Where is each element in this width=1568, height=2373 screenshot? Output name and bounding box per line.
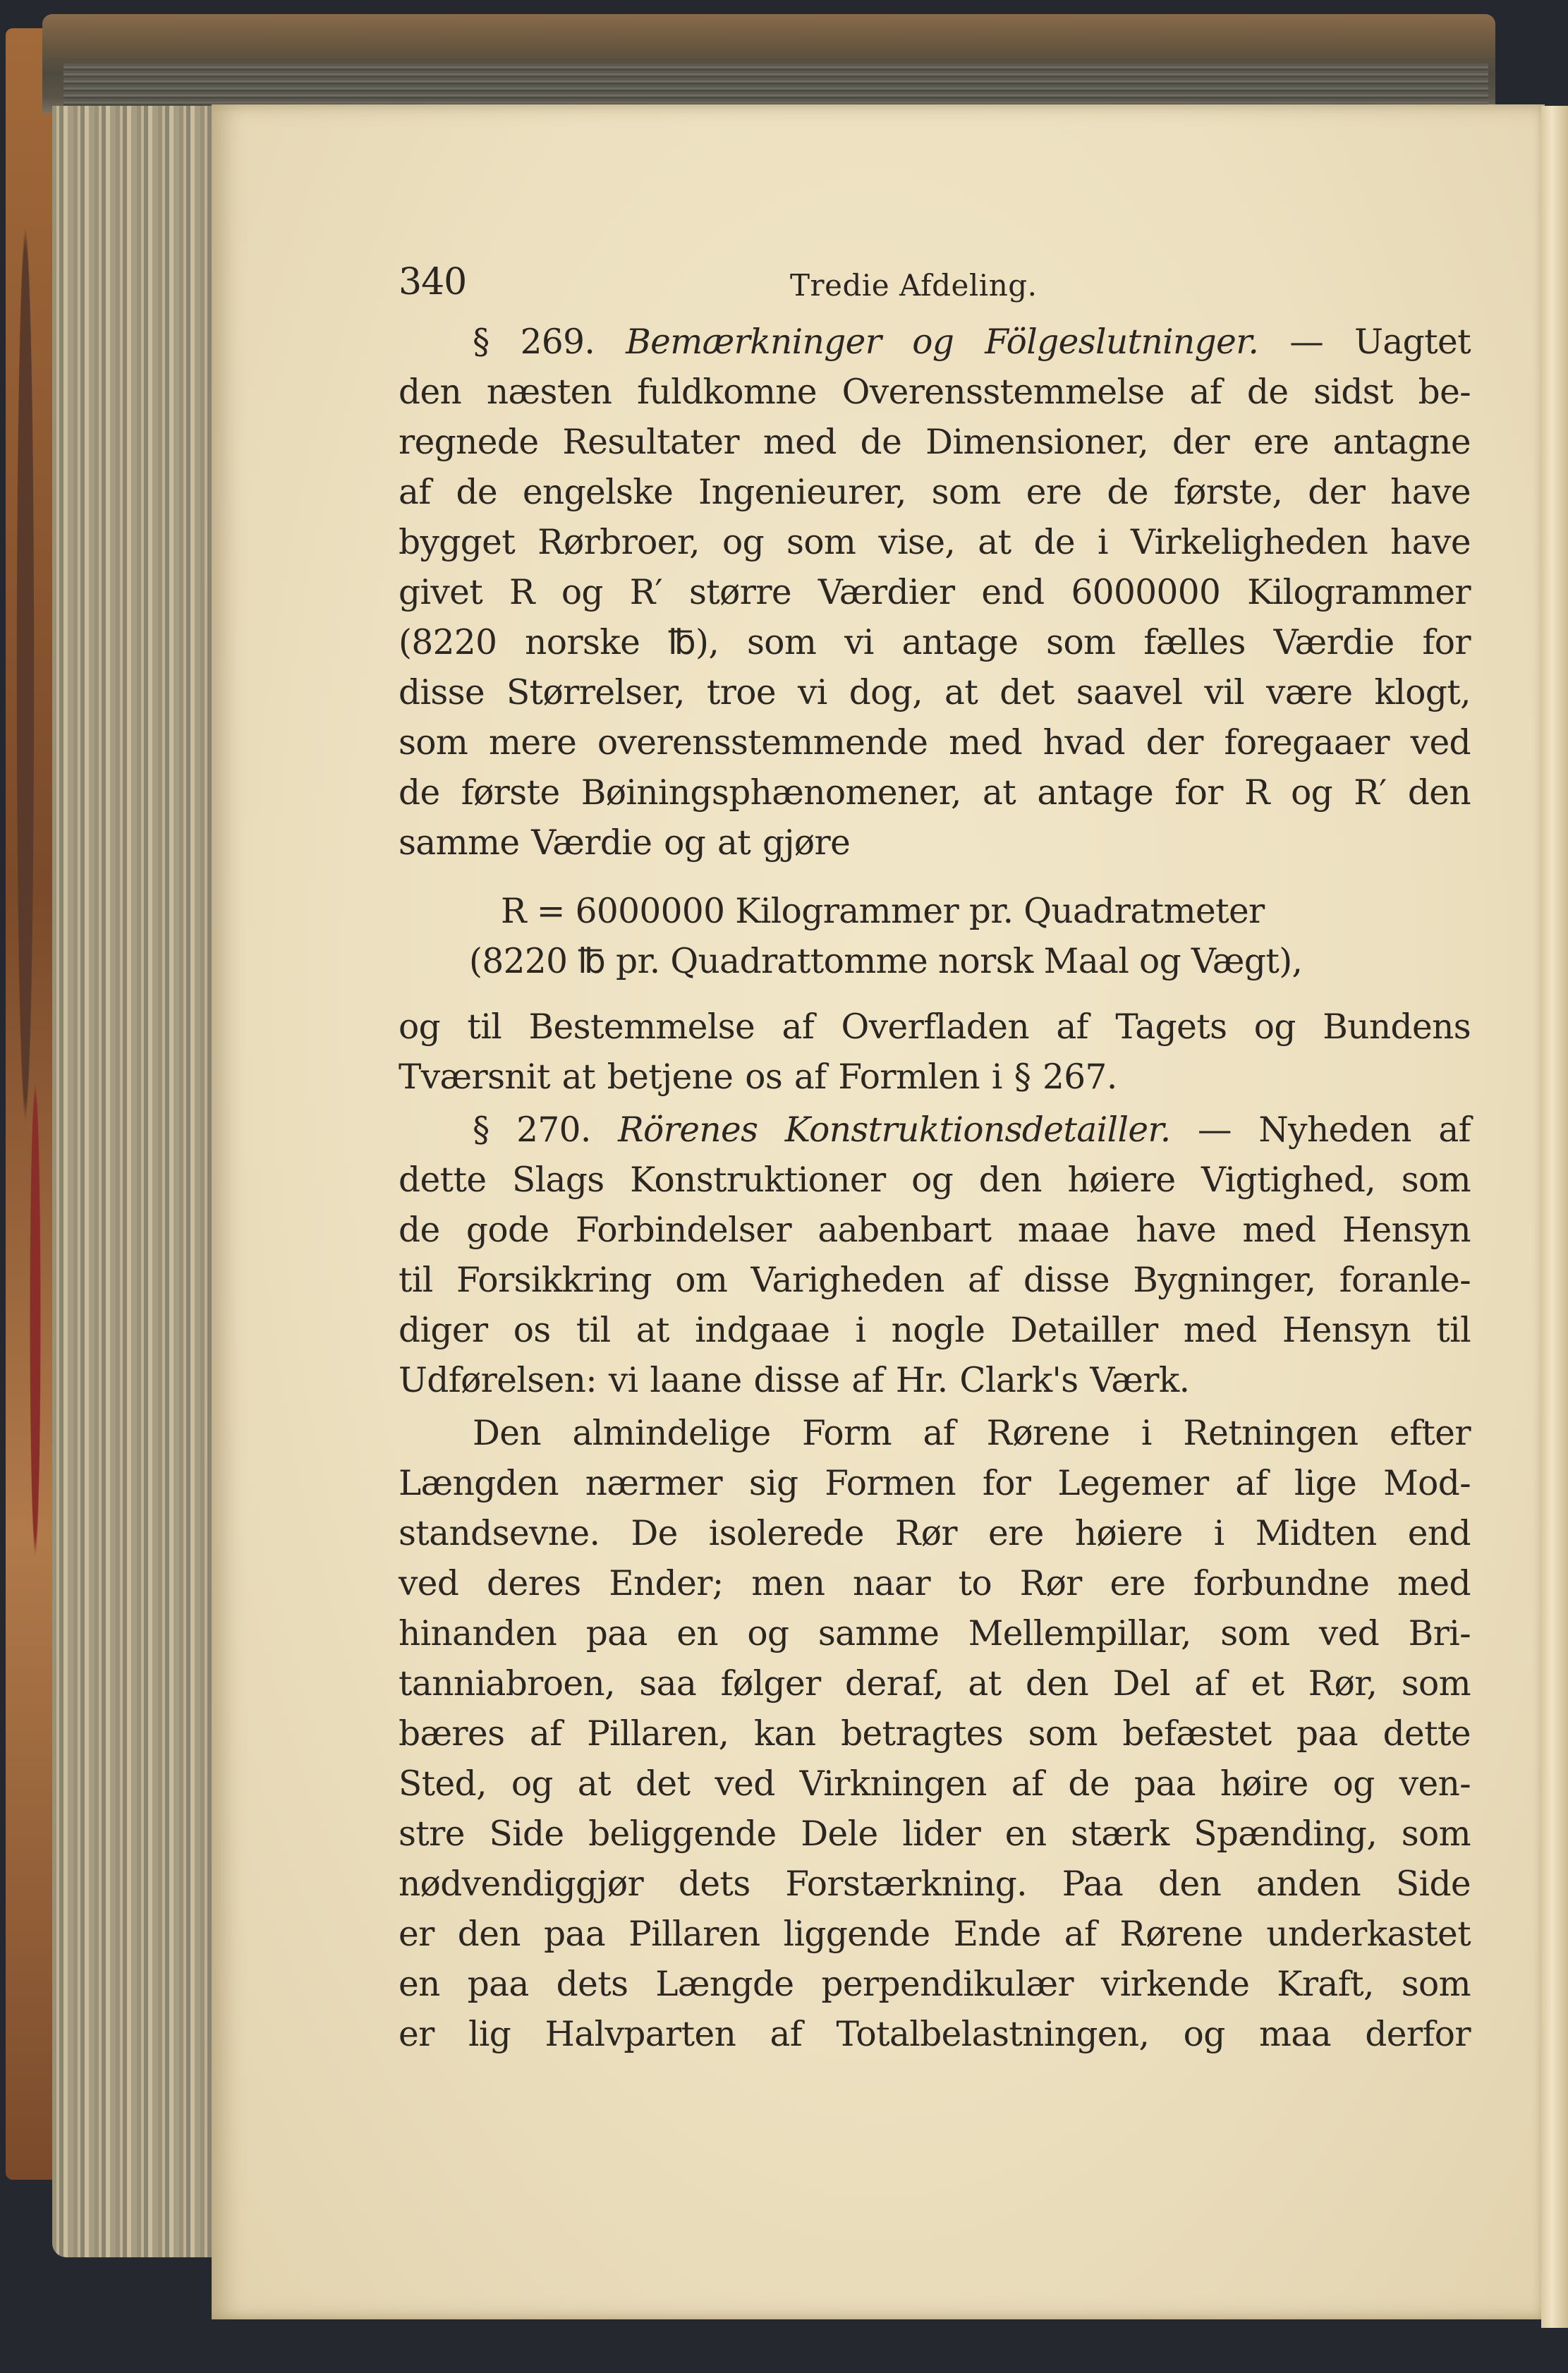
text-line: Tværsnit at betjene os af Formlen i § 26… xyxy=(399,1052,1471,1103)
stacked-page-edges xyxy=(52,106,221,2257)
text-line: Længden nærmer sig Formen for Legemer af… xyxy=(399,1459,1471,1509)
section-269: § 269. Bemærkninger og Fölgeslutninger. … xyxy=(399,317,1471,1103)
text-line: Den almindelige Form af Rørene i Retning… xyxy=(399,1409,1471,1459)
section-number: § 270. xyxy=(473,1110,591,1150)
text-line: til Forsikkring om Varigheden af disse B… xyxy=(399,1256,1471,1306)
text-line: diger os til at indgaae i nogle Detaille… xyxy=(399,1306,1471,1356)
text-line: en paa dets Længde perpendikulær virkend… xyxy=(399,1960,1471,2010)
text-line: de første Bøiningsphænomener, at antage … xyxy=(399,768,1471,818)
section-title: Bemærkninger og Fölgeslutninger. xyxy=(626,322,1258,362)
section-270: § 270. Rörenes Konstruktionsdetailler. —… xyxy=(399,1105,1471,1406)
text-line: standsevne. De isolerede Rør ere høiere … xyxy=(399,1509,1471,1559)
running-head: 340 Tredie Afdeling. xyxy=(399,247,1471,317)
text-line: er lig Halvparten af Totalbelastningen, … xyxy=(399,2010,1471,2060)
text-line: — Uagtet xyxy=(1258,322,1471,362)
text-line: stre Side beliggende Dele lider en stærk… xyxy=(399,1809,1471,1859)
section-title: Rörenes Konstruktionsdetailler. xyxy=(618,1110,1170,1150)
body-paragraph: Den almindelige Form af Rørene i Retning… xyxy=(399,1409,1471,2060)
section-heading-line: § 269. Bemærkninger og Fölgeslutninger. … xyxy=(399,317,1471,368)
page-right-edge xyxy=(1541,106,1568,2328)
page-number: 340 xyxy=(399,261,466,303)
text-line: givet R og R′ større Værdier end 6000000… xyxy=(399,568,1471,618)
text-line: — Nyheden af xyxy=(1171,1110,1471,1150)
text-line: dette Slags Konstruktioner og den høiere… xyxy=(399,1155,1471,1206)
text-line: regnede Resultater med de Dimensioner, d… xyxy=(399,418,1471,468)
text-line: bygget Rørbroer, og som vise, at de i Vi… xyxy=(399,518,1471,568)
text-line: af de engelske Ingenieurer, som ere de f… xyxy=(399,468,1471,518)
text-line: er den paa Pillaren liggende Ende af Rør… xyxy=(399,1910,1471,1960)
page-text-block: 340 Tredie Afdeling. § 269. Bemærkninger… xyxy=(399,247,1471,2060)
text-line: Sted, og at det ved Virkningen af de paa… xyxy=(399,1759,1471,1809)
text-line: bæres af Pillaren, kan betragtes som bef… xyxy=(399,1709,1471,1759)
text-line: som mere overensstemmende med hvad der f… xyxy=(399,718,1471,768)
text-line: hinanden paa en og samme Mellempillar, s… xyxy=(399,1609,1471,1659)
text-line: Udførelsen: vi laane disse af Hr. Clark'… xyxy=(399,1356,1471,1406)
text-line: den næsten fuldkomne Overensstemmelse af… xyxy=(399,368,1471,418)
text-line: disse Størrelser, troe vi dog, at det sa… xyxy=(399,668,1471,718)
running-title: Tredie Afdeling. xyxy=(790,268,1038,303)
text-line: de gode Forbindelser aabenbart maae have… xyxy=(399,1206,1471,1256)
marbled-book-cover xyxy=(6,28,55,2180)
equation-line: R = 6000000 Kilogrammer pr. Quadratmeter xyxy=(399,887,1471,937)
text-line: og til Bestemmelse af Overfladen af Tage… xyxy=(399,1002,1471,1052)
section-number: § 269. xyxy=(473,322,595,362)
section-heading-line: § 270. Rörenes Konstruktionsdetailler. —… xyxy=(399,1105,1471,1155)
text-line: nødvendiggjør dets Forstærkning. Paa den… xyxy=(399,1859,1471,1910)
text-line: (8220 norske ℔), som vi antage som fælle… xyxy=(399,618,1471,668)
text-line: tanniabroen, saa følger deraf, at den De… xyxy=(399,1659,1471,1709)
text-line: samme Værdie og at gjøre xyxy=(399,818,1471,868)
text-line: ved deres Ender; men naar to Rør ere for… xyxy=(399,1559,1471,1609)
equation-line: (8220 ℔ pr. Quadrattomme norsk Maal og V… xyxy=(399,937,1471,987)
